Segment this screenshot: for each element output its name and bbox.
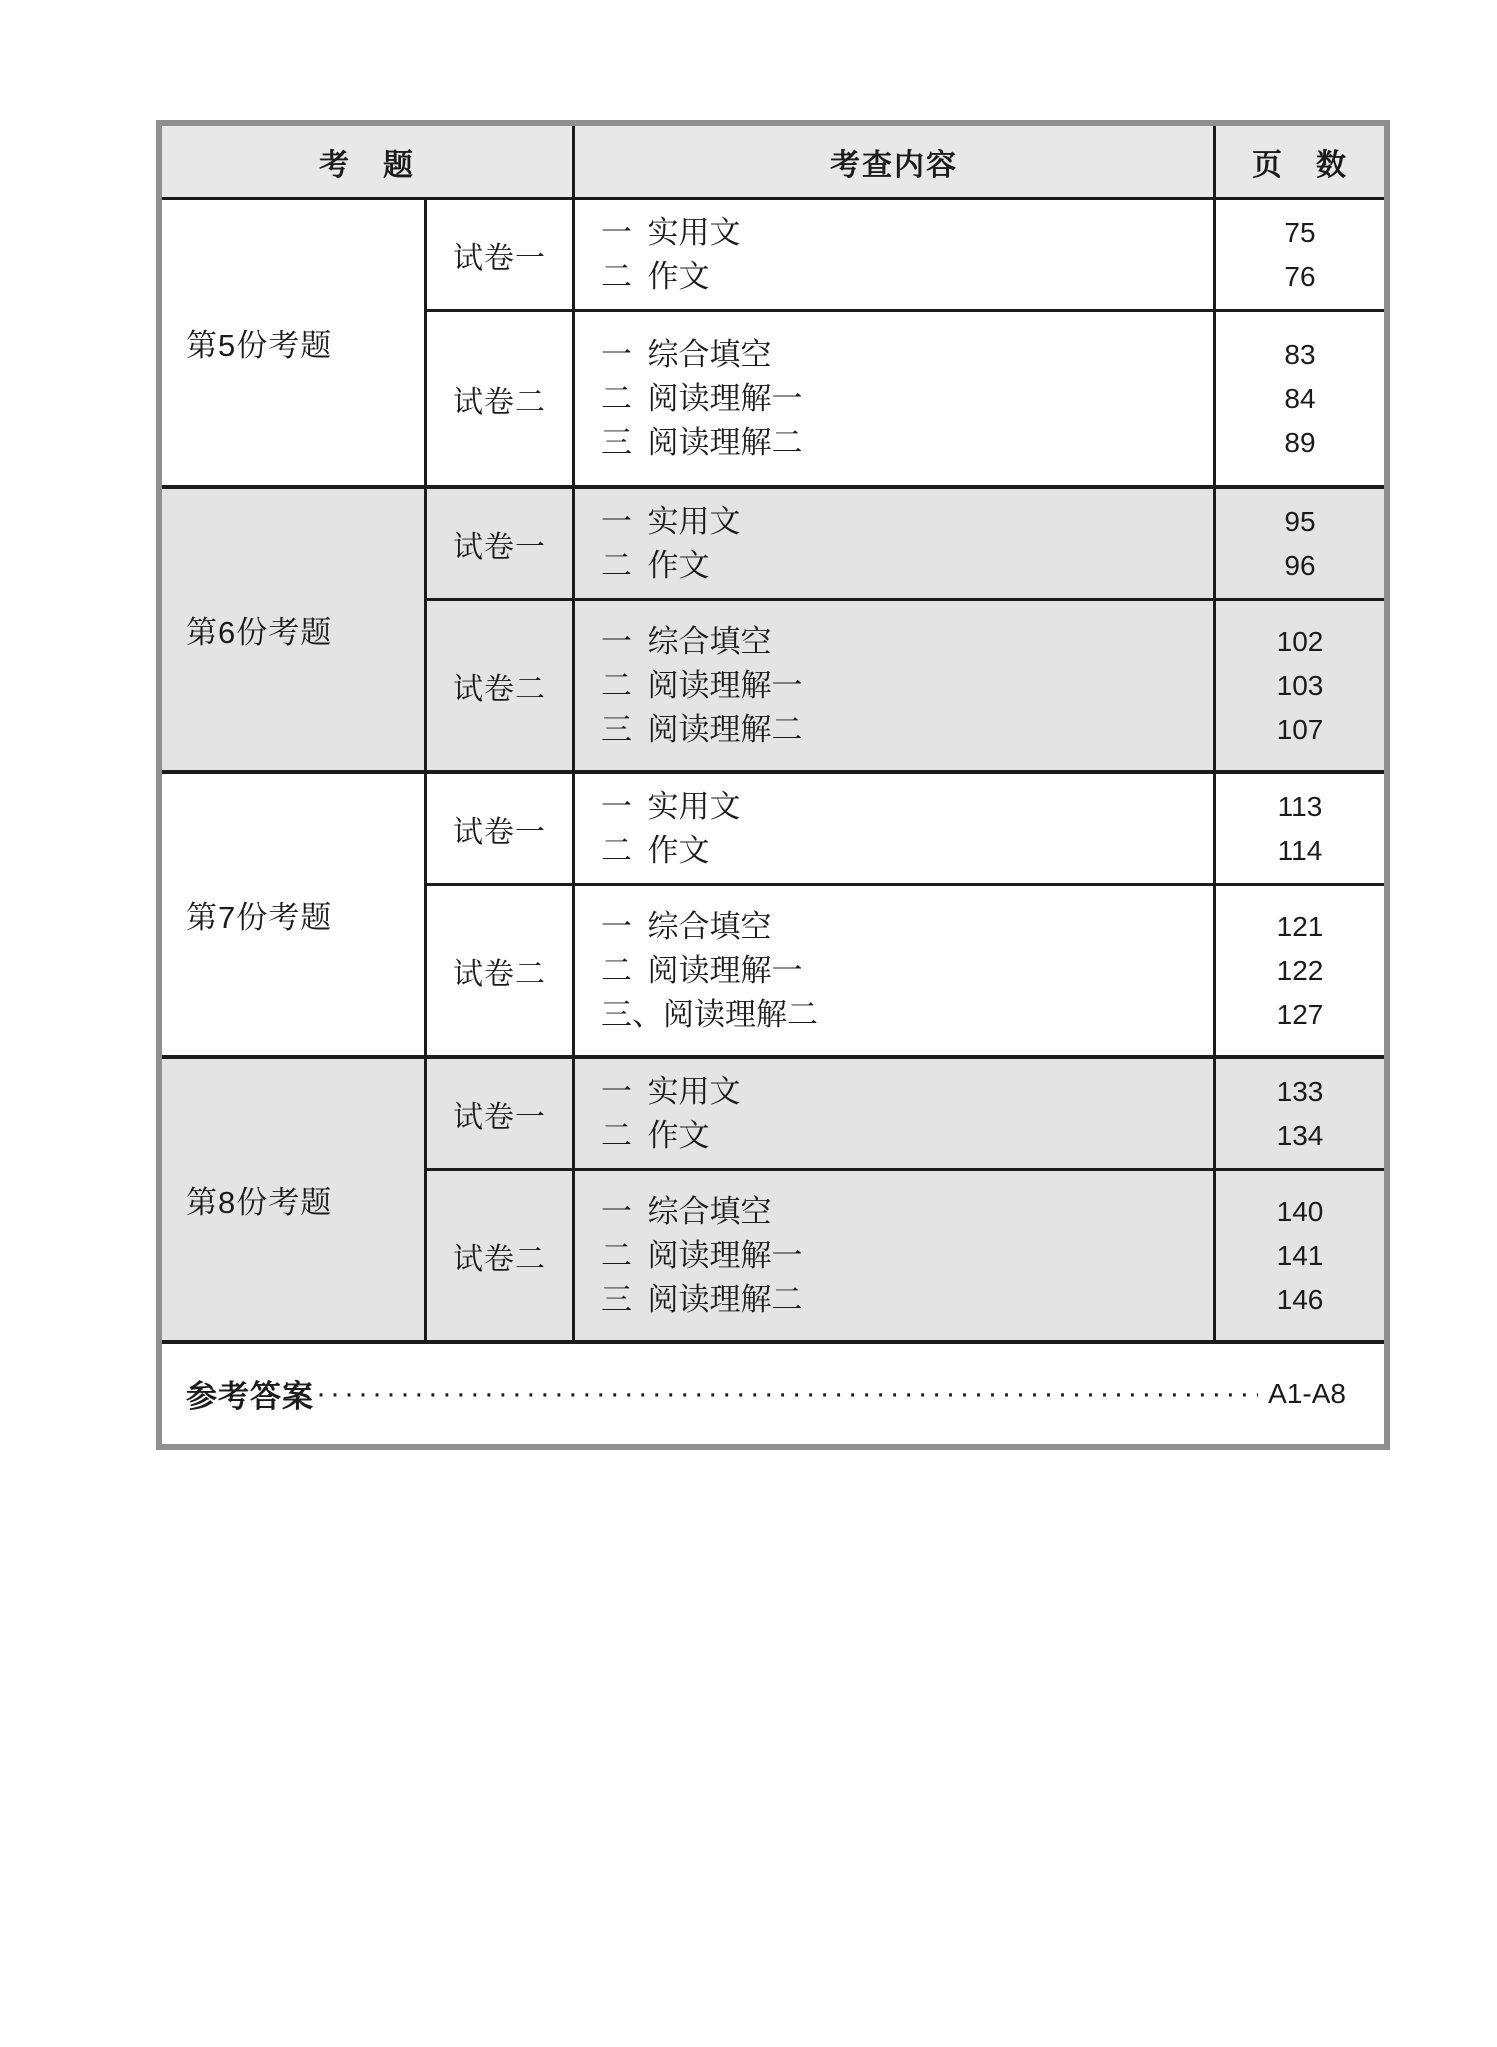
page-number: 134 <box>1216 1114 1384 1158</box>
paper-row: 试卷二一 综合填空二 阅读理解一三 阅读理解二838489 <box>427 312 1384 485</box>
page-number: 96 <box>1216 544 1384 588</box>
section-row: 第8份考题试卷一一 实用文二 作文133134试卷二一 综合填空二 阅读理解一三… <box>162 1055 1384 1340</box>
content-item: 二 阅读理解一 <box>601 377 1213 421</box>
paper-row: 试卷二一 综合填空二 阅读理解一三 阅读理解二140141146 <box>427 1171 1384 1340</box>
content-item: 二 阅读理解一 <box>601 949 1213 993</box>
leader-dots: ········································… <box>316 1378 1258 1409</box>
section-label: 第6份考题 <box>162 489 427 770</box>
content-item: 一 综合填空 <box>601 905 1213 949</box>
page-number: 140 <box>1216 1190 1384 1234</box>
paper-page-numbers: 140141146 <box>1216 1171 1384 1340</box>
page-number: 89 <box>1216 421 1384 465</box>
content-item: 一 实用文 <box>601 500 1213 544</box>
section-label: 第5份考题 <box>162 200 427 485</box>
paper-contents: 一 综合填空二 阅读理解一三 阅读理解二 <box>575 601 1216 770</box>
paper-name: 试卷一 <box>427 1059 575 1168</box>
paper-name: 试卷一 <box>427 489 575 598</box>
header-content-column: 考查内容 <box>575 126 1216 197</box>
section-row: 第7份考题试卷一一 实用文二 作文113114试卷二一 综合填空二 阅读理解一三… <box>162 770 1384 1055</box>
section-row: 第5份考题试卷一一 实用文二 作文7576试卷二一 综合填空二 阅读理解一三 阅… <box>162 200 1384 485</box>
content-item: 三 阅读理解二 <box>601 1278 1213 1322</box>
paper-page-numbers: 113114 <box>1216 774 1384 883</box>
page-number: 122 <box>1216 949 1384 993</box>
answers-page-range: A1-A8 <box>1268 1378 1346 1410</box>
content-item: 一 实用文 <box>601 211 1213 255</box>
paper-contents: 一 实用文二 作文 <box>575 200 1216 309</box>
page-number: 127 <box>1216 993 1384 1037</box>
paper-page-numbers: 838489 <box>1216 312 1384 485</box>
section-papers: 试卷一一 实用文二 作文9596试卷二一 综合填空二 阅读理解一三 阅读理解二1… <box>427 489 1384 770</box>
paper-name: 试卷一 <box>427 774 575 883</box>
content-item: 一 实用文 <box>601 785 1213 829</box>
paper-row: 试卷二一 综合填空二 阅读理解一三、阅读理解二121122127 <box>427 886 1384 1055</box>
section-row: 第6份考题试卷一一 实用文二 作文9596试卷二一 综合填空二 阅读理解一三 阅… <box>162 485 1384 770</box>
paper-name: 试卷一 <box>427 200 575 309</box>
section-papers: 试卷一一 实用文二 作文113114试卷二一 综合填空二 阅读理解一三、阅读理解… <box>427 774 1384 1055</box>
paper-name: 试卷二 <box>427 886 575 1055</box>
paper-row: 试卷一一 实用文二 作文9596 <box>427 489 1384 601</box>
paper-page-numbers: 7576 <box>1216 200 1384 309</box>
page-number: 103 <box>1216 664 1384 708</box>
content-item: 一 综合填空 <box>601 620 1213 664</box>
answers-label: 参考答案 <box>186 1371 314 1416</box>
paper-page-numbers: 133134 <box>1216 1059 1384 1168</box>
paper-page-numbers: 9596 <box>1216 489 1384 598</box>
page-number: 107 <box>1216 708 1384 752</box>
page-number: 76 <box>1216 255 1384 299</box>
paper-contents: 一 综合填空二 阅读理解一三 阅读理解二 <box>575 1171 1216 1340</box>
content-item: 三 阅读理解二 <box>601 708 1213 752</box>
answers-row: 参考答案 ···································… <box>162 1340 1384 1443</box>
section-label: 第8份考题 <box>162 1059 427 1340</box>
content-item: 三 阅读理解二 <box>601 421 1213 465</box>
paper-name: 试卷二 <box>427 601 575 770</box>
content-item: 二 作文 <box>601 1114 1213 1158</box>
page-number: 133 <box>1216 1070 1384 1114</box>
page-number: 113 <box>1216 785 1384 829</box>
paper-contents: 一 综合填空二 阅读理解一三、阅读理解二 <box>575 886 1216 1055</box>
paper-contents: 一 实用文二 作文 <box>575 774 1216 883</box>
header-pages-column: 页 数 <box>1216 126 1384 197</box>
paper-page-numbers: 121122127 <box>1216 886 1384 1055</box>
section-papers: 试卷一一 实用文二 作文133134试卷二一 综合填空二 阅读理解一三 阅读理解… <box>427 1059 1384 1340</box>
paper-contents: 一 实用文二 作文 <box>575 1059 1216 1168</box>
header-exam-column: 考 题 <box>162 126 575 197</box>
paper-row: 试卷一一 实用文二 作文7576 <box>427 200 1384 312</box>
section-papers: 试卷一一 实用文二 作文7576试卷二一 综合填空二 阅读理解一三 阅读理解二8… <box>427 200 1384 485</box>
content-item: 二 作文 <box>601 255 1213 299</box>
paper-name: 试卷二 <box>427 312 575 485</box>
page-number: 114 <box>1216 829 1384 873</box>
content-item: 二 作文 <box>601 544 1213 588</box>
page-number: 141 <box>1216 1234 1384 1278</box>
page-number: 95 <box>1216 500 1384 544</box>
page-number: 75 <box>1216 211 1384 255</box>
paper-row: 试卷一一 实用文二 作文113114 <box>427 774 1384 886</box>
page-number: 121 <box>1216 905 1384 949</box>
page-number: 83 <box>1216 333 1384 377</box>
paper-contents: 一 综合填空二 阅读理解一三 阅读理解二 <box>575 312 1216 485</box>
paper-row: 试卷一一 实用文二 作文133134 <box>427 1059 1384 1171</box>
content-item: 一 综合填空 <box>601 333 1213 377</box>
content-item: 三、阅读理解二 <box>601 993 1213 1037</box>
contents-table: 考 题 考查内容 页 数 第5份考题试卷一一 实用文二 作文7576试卷二一 综… <box>156 120 1390 1450</box>
content-item: 二 阅读理解一 <box>601 664 1213 708</box>
content-item: 一 综合填空 <box>601 1190 1213 1234</box>
content-item: 二 作文 <box>601 829 1213 873</box>
paper-name: 试卷二 <box>427 1171 575 1340</box>
paper-contents: 一 实用文二 作文 <box>575 489 1216 598</box>
paper-row: 试卷二一 综合填空二 阅读理解一三 阅读理解二102103107 <box>427 601 1384 770</box>
paper-page-numbers: 102103107 <box>1216 601 1384 770</box>
page-number: 146 <box>1216 1278 1384 1322</box>
table-header-row: 考 题 考查内容 页 数 <box>162 126 1384 200</box>
section-label: 第7份考题 <box>162 774 427 1055</box>
page-number: 84 <box>1216 377 1384 421</box>
content-item: 二 阅读理解一 <box>601 1234 1213 1278</box>
content-item: 一 实用文 <box>601 1070 1213 1114</box>
table-body: 第5份考题试卷一一 实用文二 作文7576试卷二一 综合填空二 阅读理解一三 阅… <box>162 200 1384 1340</box>
page-number: 102 <box>1216 620 1384 664</box>
